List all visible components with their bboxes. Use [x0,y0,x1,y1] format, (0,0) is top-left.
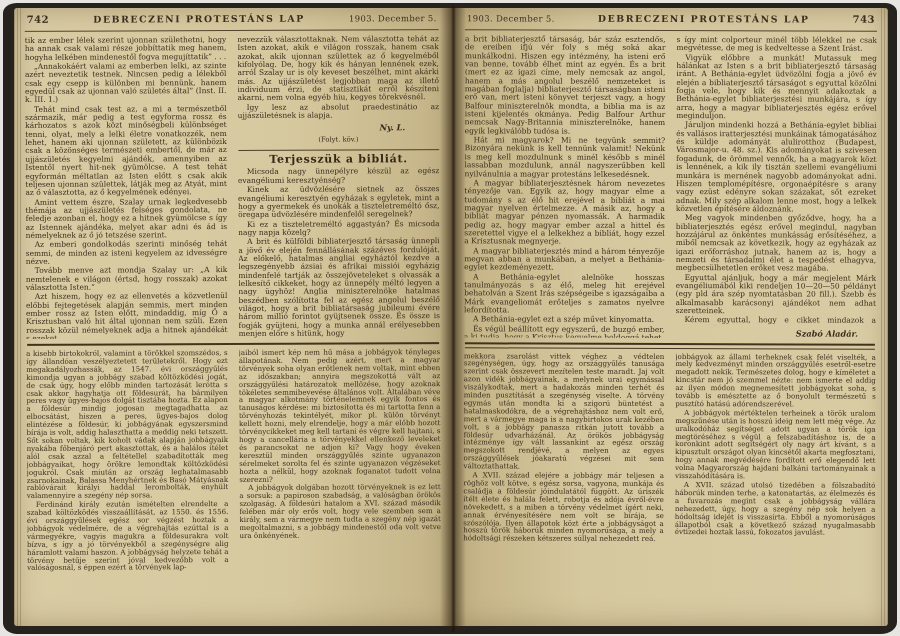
paragraph: „Annakokáért valami az emberben lelki, a… [25,62,227,106]
paragraph: Kérem egyuttal, hogy e cikket mindazok a… [675,316,876,325]
page-header-right: 1903. December 5. DEBRECZENI PROTESTÁNS … [465,13,877,31]
article-body: Micsoda nagy ünnepélyre készül az egész … [238,168,440,338]
masthead-title: DEBRECZENI PROTESTÁNS LAP [93,14,305,26]
paragraph: A XVII. század utolsó tizedében a fölsza… [675,481,876,538]
paragraph: A jobbágyok dolgában hozott törvényeknek… [239,484,441,541]
column-rule [238,149,440,151]
paragraph: A magyar bibliaterjesztésnek három nevez… [464,179,665,247]
paragraph: Azt hiszem, hogy ez az ellenvetés a közv… [26,292,228,339]
footer-column-1: a kisebb birtokokról, valamint a törökke… [26,349,229,622]
page-number: 743 [853,15,875,26]
paragraph: Kinek az üdvözlésére sietnek az összes e… [238,185,440,220]
paragraph: Ki ez a tiszteletreméltó aggastyán? És m… [238,220,440,239]
footer-column-2: jobbágyok az állami terheknek csak felét… [674,353,875,626]
paragraph: jobbágyok az állami terheknek csak felét… [675,353,876,410]
paragraph: s így mint colporteur minél több lélekke… [676,36,877,54]
author-signature: Ny. L. [238,124,440,133]
page-number: 742 [27,15,49,26]
paragraph: Az emberi gondolkodás szerinti minőség t… [26,240,228,267]
footer-column-2: jaiból ismert kép nem hű mása a jobbágyo… [239,348,442,621]
paragraph: nevezzük választottaknak. Nem választott… [237,35,439,104]
top-section-left: tik az ember lélek szerint ujonnan szüle… [25,35,440,339]
paragraph: Hát mi magyarok? Mi ne tegyünk semmit? B… [464,136,665,179]
issue-date: 1903. December 5. [349,13,437,23]
article-body: s így mint colporteur minél több lélekke… [675,36,877,325]
article-title: Terjesszük a bibliát. [238,155,440,164]
paragraph: A brit és külföldi bibliaterjesztő társa… [238,237,440,338]
page-header-left: 742 DEBRECZENI PROTESTÁNS LAP 1903. Dece… [25,13,439,32]
text-column-2: s így mint colporteur minél több lélekke… [675,36,877,339]
paragraph: a kisebb birtokokról, valamint a törökke… [26,349,228,501]
issue-date: 1903. December 5. [467,13,555,23]
paragraph: Micsoda nagy ünnepélyre készül az egész … [238,168,440,187]
paragraph: Tovább menve azt mondja Szalay ur: „A ki… [26,266,228,293]
paragraph: tik az ember lélek szerint ujonnan szüle… [25,36,227,63]
section-divider [27,342,439,346]
paragraph: És végül beállított egy egyszerű, de buz… [464,325,665,338]
paragraph: Ferdinánd király ezután ismételten elren… [27,500,229,573]
text-column-2: nevezzük választottaknak. Nem választott… [237,35,440,338]
continuation-note: (Folyt. köv.) [238,135,440,144]
text-column-1: tik az ember lélek szerint ujonnan szüle… [25,36,228,339]
masthead-title: DEBRECZENI PROTESTÁNS LAP [598,14,810,26]
paragraph: jaiból ismert kép nem hű mása a jobbágyo… [239,348,441,484]
paragraph: Tehát mind csak test az, a mi a természe… [25,105,227,199]
paragraph: Amint vettem észre, Szalay urnak legkedv… [25,198,227,242]
paragraph: a brit bibliaterjesztő társaság, bár szá… [465,35,666,137]
paragraph: A magyar bibliaterjesztés mind a három t… [464,247,665,274]
paragraph: A XVII. század elejére a jobbágy már tel… [463,471,664,544]
text-column-1: a brit bibliaterjesztő társaság, bár szá… [464,35,666,338]
paragraph: Egyuttal ajánljuk, hogy a már megjelent … [676,274,877,317]
footer-section-right: mekkora zsarolást vittek véghez a védtel… [463,352,876,625]
paragraph: Igy lesz az absolut praedestinátio az uj… [238,103,440,122]
article-end-block: nevezzük választottaknak. Nem választott… [237,35,439,121]
paragraph: A jobbágyok mértéktelen terheinek a törö… [675,409,876,482]
top-section-right: a brit bibliaterjesztő társaság, bár szá… [464,35,877,338]
page-left: 742 DEBRECZENI PROTESTÁNS LAP 1903. Dece… [14,8,452,626]
footer-column-1: mekkora zsarolást vittek véghez a védtel… [463,352,664,625]
paragraph: Meg vagyok mindenben győződve, hogy, ha … [676,214,877,274]
author-signature: Szabó Aladár. [675,329,876,338]
paragraph: mekkora zsarolást vittek véghez a védtel… [463,352,664,472]
paragraph: Járuljon mindenki hozzá a Bethánia-egyle… [676,121,877,214]
paragraph: A Bethánia-egylet alelnöke hosszas tanul… [464,273,665,316]
paragraph: Vigyük előbbre a munkát! Mutassuk meg há… [676,54,877,122]
page-right: 1903. December 5. DEBRECZENI PROTESTÁNS … [452,8,888,626]
footer-section-left: a kisebb birtokokról, valamint a törökke… [26,348,441,622]
section-divider [465,342,875,349]
scanned-journal-spread: { "publication": { "title": "DEBRECZENI … [0,0,900,636]
